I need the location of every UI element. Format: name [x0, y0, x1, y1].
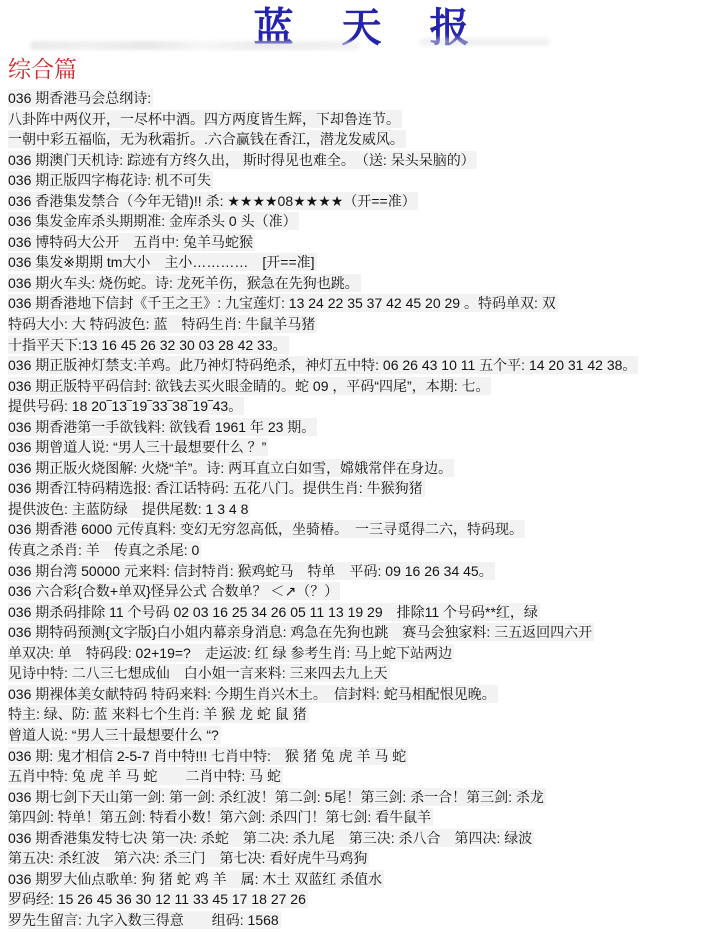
text-line: 曾道人说: “男人三十最想要什么 “? [8, 725, 727, 746]
text-line: 036 期曾道人说: “男人三十最想要什么 ？” [8, 437, 727, 458]
text-line: 036 期香港集发特七决 第一决: 杀蛇 第二决: 杀九尾 第三决: 杀八合 第… [8, 828, 727, 849]
text-line: 036 期台湾 50000 元来料: 信封特肖: 猴鸡蛇马 特单 平码: 09 … [8, 561, 727, 582]
text-line: 036 期七剑下天山第一剑: 第一剑: 杀红波！第二剑: 5尾！第三剑: 杀一合… [8, 787, 727, 808]
text-line: 036 期杀码排除 11 个号码 02 03 16 25 34 26 05 11… [8, 602, 727, 623]
text-line: 单双决: 单 特码段: 02+19=? 走运波: 红 绿 参考生肖: 马上蛇下站… [8, 643, 727, 664]
text-line: 提供波色: 主蓝防绿 提供尾数: 1 3 4 8 [8, 499, 727, 520]
text-line: 见诗中特: 二八三七想成仙 白小姐一言来料: 三来四去九上天 [8, 663, 727, 684]
text-line: 036 期正版特平码信封: 欲钱去买火眼金睛的。蛇 09 ，平码“四尾”，本期:… [8, 376, 727, 397]
section-heading: 综合篇 [8, 57, 727, 83]
text-line: 第五决: 杀红波 第六决: 杀三门 第七决: 看好虎牛马鸡狗 [8, 848, 727, 869]
text-line: 036 期罗大仙点歌单: 狗 猪 蛇 鸡 羊 属: 木土 双蓝红 杀值水 [8, 869, 727, 890]
text-line: 036 集发金库杀头期期准: 金库杀头 0 头（准） [8, 211, 727, 232]
text-line: 036 期香港 6000 元传真料: 变幻无穷忽高低，坐骑椿。 一三寻觅得二六，… [8, 519, 727, 540]
text-line: 一朝中彩五福临，无为秋霜折。.六合赢钱在香江，潜龙发威风。 [8, 129, 727, 150]
text-line: 036 博特码大公开 五肖中: 兔羊马蛇猴 [8, 232, 727, 253]
text-line: 传真之杀肖: 羊 传真之杀尾: 0 [8, 540, 727, 561]
text-line: 036 六合彩{合数+单双}怪异公式 合数单？ ＜↗（？） [8, 581, 727, 602]
text-line: 036 期正版四字梅花诗: 机不可失 [8, 170, 727, 191]
text-line: 036 期香港地下信封《千王之王》: 九宝莲灯: 13 24 22 35 37 … [8, 293, 727, 314]
text-line: 036 香港集发禁合（今年无错)!! 杀: ★★★★08★★★★（开==准） [8, 191, 727, 212]
text-line: 036 期裸体美女献特码 特码来料: 今期生肖兴木土。 信封料: 蛇马相配恨见晚… [8, 684, 727, 705]
text-line: 036 期澳门天机诗: 踪迹有方终久出， 斯时得见也难全。 （送: 呆头呆脑的） [8, 150, 727, 171]
text-line: 特码大小: 大 特码波色: 蓝 特码生肖: 牛鼠羊马猪 [8, 314, 727, 335]
text-line: 罗码经: 15 26 45 36 30 12 11 33 45 17 18 27… [8, 889, 727, 910]
text-line: 036 期香港第一手欲钱料: 欲钱看 1961 年 23 期。 [8, 417, 727, 438]
text-line: 036 期特码预测{文字版}白小姐内幕亲身消息: 鸡急在先狗也跳 赛马会独家料:… [8, 622, 727, 643]
text-line: 036 期香港马会总纲诗: [8, 88, 727, 109]
text-line: 036 期: 鬼才相信 2-5-7 肖中特!!! 七肖中特: 猴 猪 兔 虎 羊… [8, 746, 727, 767]
text-line: 八卦阵中两仪开，一尽杯中酒。四方两度皆生辉，下却鲁连节。 [8, 109, 727, 130]
text-line: 036 期正版神灯禁支:羊鸡。此乃神灯特码绝杀，神灯五中特: 06 26 43 … [8, 355, 727, 376]
text-line: 036 期正版火烧图解: 火烧“羊”。诗: 两耳直立白如雪，嫦娥常伴在身边。 [8, 458, 727, 479]
faded-watermark-smudge [30, 41, 360, 50]
text-line: 特主: 绿、防: 蓝 来料七个生肖: 羊 猴 龙 蛇 鼠 猪 [8, 704, 727, 725]
text-line: 十指平天下:13 16 45 26 32 30 03 28 42 33。 [8, 335, 727, 356]
text-line: 第四剑: 特单！第五剑: 特看小数！第六剑: 杀四门！第七剑: 看牛鼠羊 [8, 807, 727, 828]
text-line: 五肖中特: 兔 虎 羊 马 蛇 二肖中特: 马 蛇 [8, 766, 727, 787]
faded-watermark-smudge-right [420, 38, 550, 46]
text-line: 036 期香江特码精选报: 香江话特码: 五花八门。提供生肖: 牛猴狗猪 [8, 478, 727, 499]
text-line: 036 集发※期期 tm大小 主小………… [开==准] [8, 252, 727, 273]
text-line: 罗先生留言: 九字入数三得意 组码: 1568 [8, 910, 727, 931]
text-line: 提供号码: 18 20‾13‾19‾33‾38‾19‾43。 [8, 396, 727, 417]
content-lines: 036 期香港马会总纲诗:八卦阵中两仪开，一尽杯中酒。四方两度皆生辉，下却鲁连节… [0, 88, 727, 930]
text-line: 036 期火车头: 烧伤蛇。诗: 龙死羊伤，猴急在先狗也跳。 [8, 273, 727, 294]
